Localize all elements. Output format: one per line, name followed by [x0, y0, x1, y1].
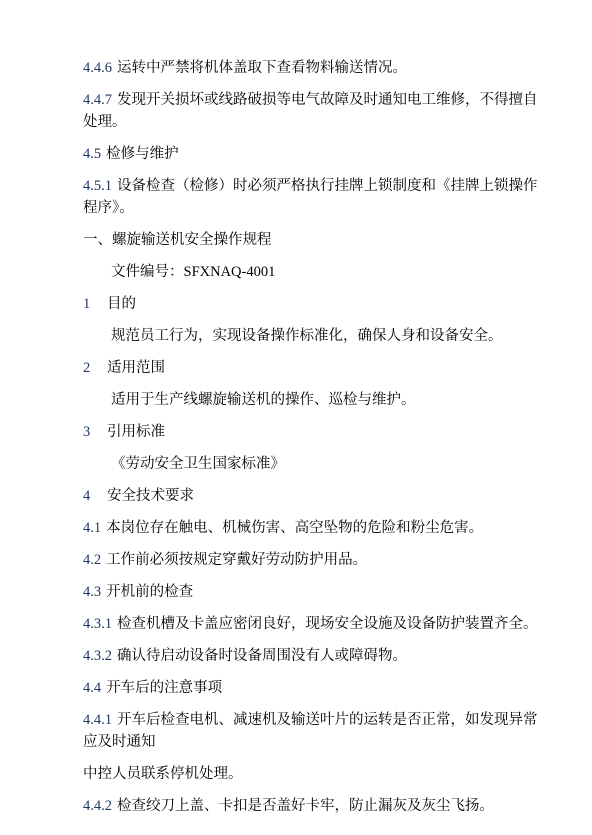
- clause-number: 4.3: [83, 584, 101, 600]
- clause-4-4-6: 4.4.6运转中严禁将机体盖取下查看物料输送情况。: [83, 57, 540, 79]
- clause-text: 开车后的注意事项: [106, 680, 222, 696]
- clause-4-5: 4.5检修与维护: [83, 143, 540, 165]
- clause-4-2: 4.2工作前必须按规定穿戴好劳动防护用品。: [83, 549, 540, 571]
- clause-text: 发现开关损坏或线路破损等电气故障及时通知电工维修，不得擅自处理。: [83, 92, 538, 130]
- clause-4-4: 4.4开车后的注意事项: [83, 677, 540, 699]
- clause-4-3: 4.3开机前的检查: [83, 581, 540, 603]
- clause-text: 开机前的检查: [106, 584, 193, 600]
- doc-number-line: 文件编号：SFXNAQ-4001: [83, 261, 540, 283]
- clause-number: 4.3.2: [83, 648, 112, 664]
- clause-4-4-2: 4.4.2检查绞刀上盖、卡扣是否盖好卡牢，防止漏灰及灰尘飞扬。: [83, 795, 540, 817]
- clause-number: 4.5.1: [83, 178, 112, 194]
- body-text: 规范员工行为，实现设备操作标准化，确保人身和设备安全。: [111, 328, 503, 344]
- heading-3-reference: 3引用标准: [83, 421, 540, 443]
- clause-4-4-7: 4.4.7发现开关损坏或线路破损等电气故障及时通知电工维修，不得擅自处理。: [83, 89, 540, 133]
- clause-number: 4.1: [83, 520, 101, 536]
- clause-text: 本岗位存在触电、机械伤害、高空坠物的危险和粉尘危害。: [106, 520, 483, 536]
- clause-4-4-1: 4.4.1开车后检查电机、减速机及输送叶片的运转是否正常，如发现异常应及时通知: [83, 709, 540, 753]
- clause-text: 设备检查（检修）时必须严格执行挂牌上锁制度和《挂牌上锁操作程序》。: [83, 178, 538, 216]
- doc-number-text: 文件编号：SFXNAQ-4001: [111, 264, 275, 280]
- clause-text: 检查机槽及卡盖应密闭良好，现场安全设施及设备防护装置齐全。: [117, 616, 538, 632]
- heading-2-scope: 2适用范围: [83, 357, 540, 379]
- body-paragraph: 《劳动安全卫生国家标准》: [83, 453, 540, 475]
- clause-number: 4.4.2: [83, 798, 112, 814]
- clause-number: 4.2: [83, 552, 101, 568]
- heading-text: 引用标准: [107, 424, 165, 440]
- clause-text: 运转中严禁将机体盖取下查看物料输送情况。: [117, 60, 407, 76]
- heading-text: 安全技术要求: [107, 488, 194, 504]
- section-title: 一、螺旋输送机安全操作规程: [83, 229, 540, 251]
- document-page: 4.4.6运转中严禁将机体盖取下查看物料输送情况。 4.4.7发现开关损坏或线路…: [0, 0, 592, 835]
- clause-text: 检修与维护: [106, 146, 179, 162]
- clause-number: 1: [83, 293, 103, 315]
- clause-number: 4.5: [83, 146, 101, 162]
- clause-number: 4: [83, 485, 103, 507]
- clause-text: 检查绞刀上盖、卡扣是否盖好卡牢，防止漏灰及灰尘飞扬。: [117, 798, 494, 814]
- clause-number: 2: [83, 357, 103, 379]
- clause-number: 4.4.1: [83, 712, 112, 728]
- section-title-text: 一、螺旋输送机安全操作规程: [83, 232, 272, 248]
- clause-4-5-1: 4.5.1设备检查（检修）时必须严格执行挂牌上锁制度和《挂牌上锁操作程序》。: [83, 175, 540, 219]
- heading-text: 目的: [107, 296, 136, 312]
- clause-4-3-1: 4.3.1检查机槽及卡盖应密闭良好，现场安全设施及设备防护装置齐全。: [83, 613, 540, 635]
- clause-number: 4.3.1: [83, 616, 112, 632]
- clause-4-1: 4.1本岗位存在触电、机械伤害、高空坠物的危险和粉尘危害。: [83, 517, 540, 539]
- clause-number: 4.4.6: [83, 60, 112, 76]
- body-text: 《劳动安全卫生国家标准》: [111, 456, 285, 472]
- heading-text: 适用范围: [107, 360, 165, 376]
- clause-4-3-2: 4.3.2确认待启动设备时设备周围没有人或障碍物。: [83, 645, 540, 667]
- clause-text: 确认待启动设备时设备周围没有人或障碍物。: [117, 648, 407, 664]
- body-text: 适用于生产线螺旋输送机的操作、巡检与维护。: [111, 392, 416, 408]
- clause-number: 3: [83, 421, 103, 443]
- clause-text: 开车后检查电机、减速机及输送叶片的运转是否正常，如发现异常应及时通知: [83, 712, 538, 750]
- heading-4-safety: 4安全技术要求: [83, 485, 540, 507]
- heading-1-purpose: 1目的: [83, 293, 540, 315]
- body-text: 中控人员联系停机处理。: [83, 766, 243, 782]
- body-paragraph: 规范员工行为，实现设备操作标准化，确保人身和设备安全。: [83, 325, 540, 347]
- clause-number: 4.4.7: [83, 92, 112, 108]
- clause-number: 4.4: [83, 680, 101, 696]
- body-paragraph-continuation: 中控人员联系停机处理。: [83, 763, 540, 785]
- clause-text: 工作前必须按规定穿戴好劳动防护用品。: [106, 552, 367, 568]
- body-paragraph: 适用于生产线螺旋输送机的操作、巡检与维护。: [83, 389, 540, 411]
